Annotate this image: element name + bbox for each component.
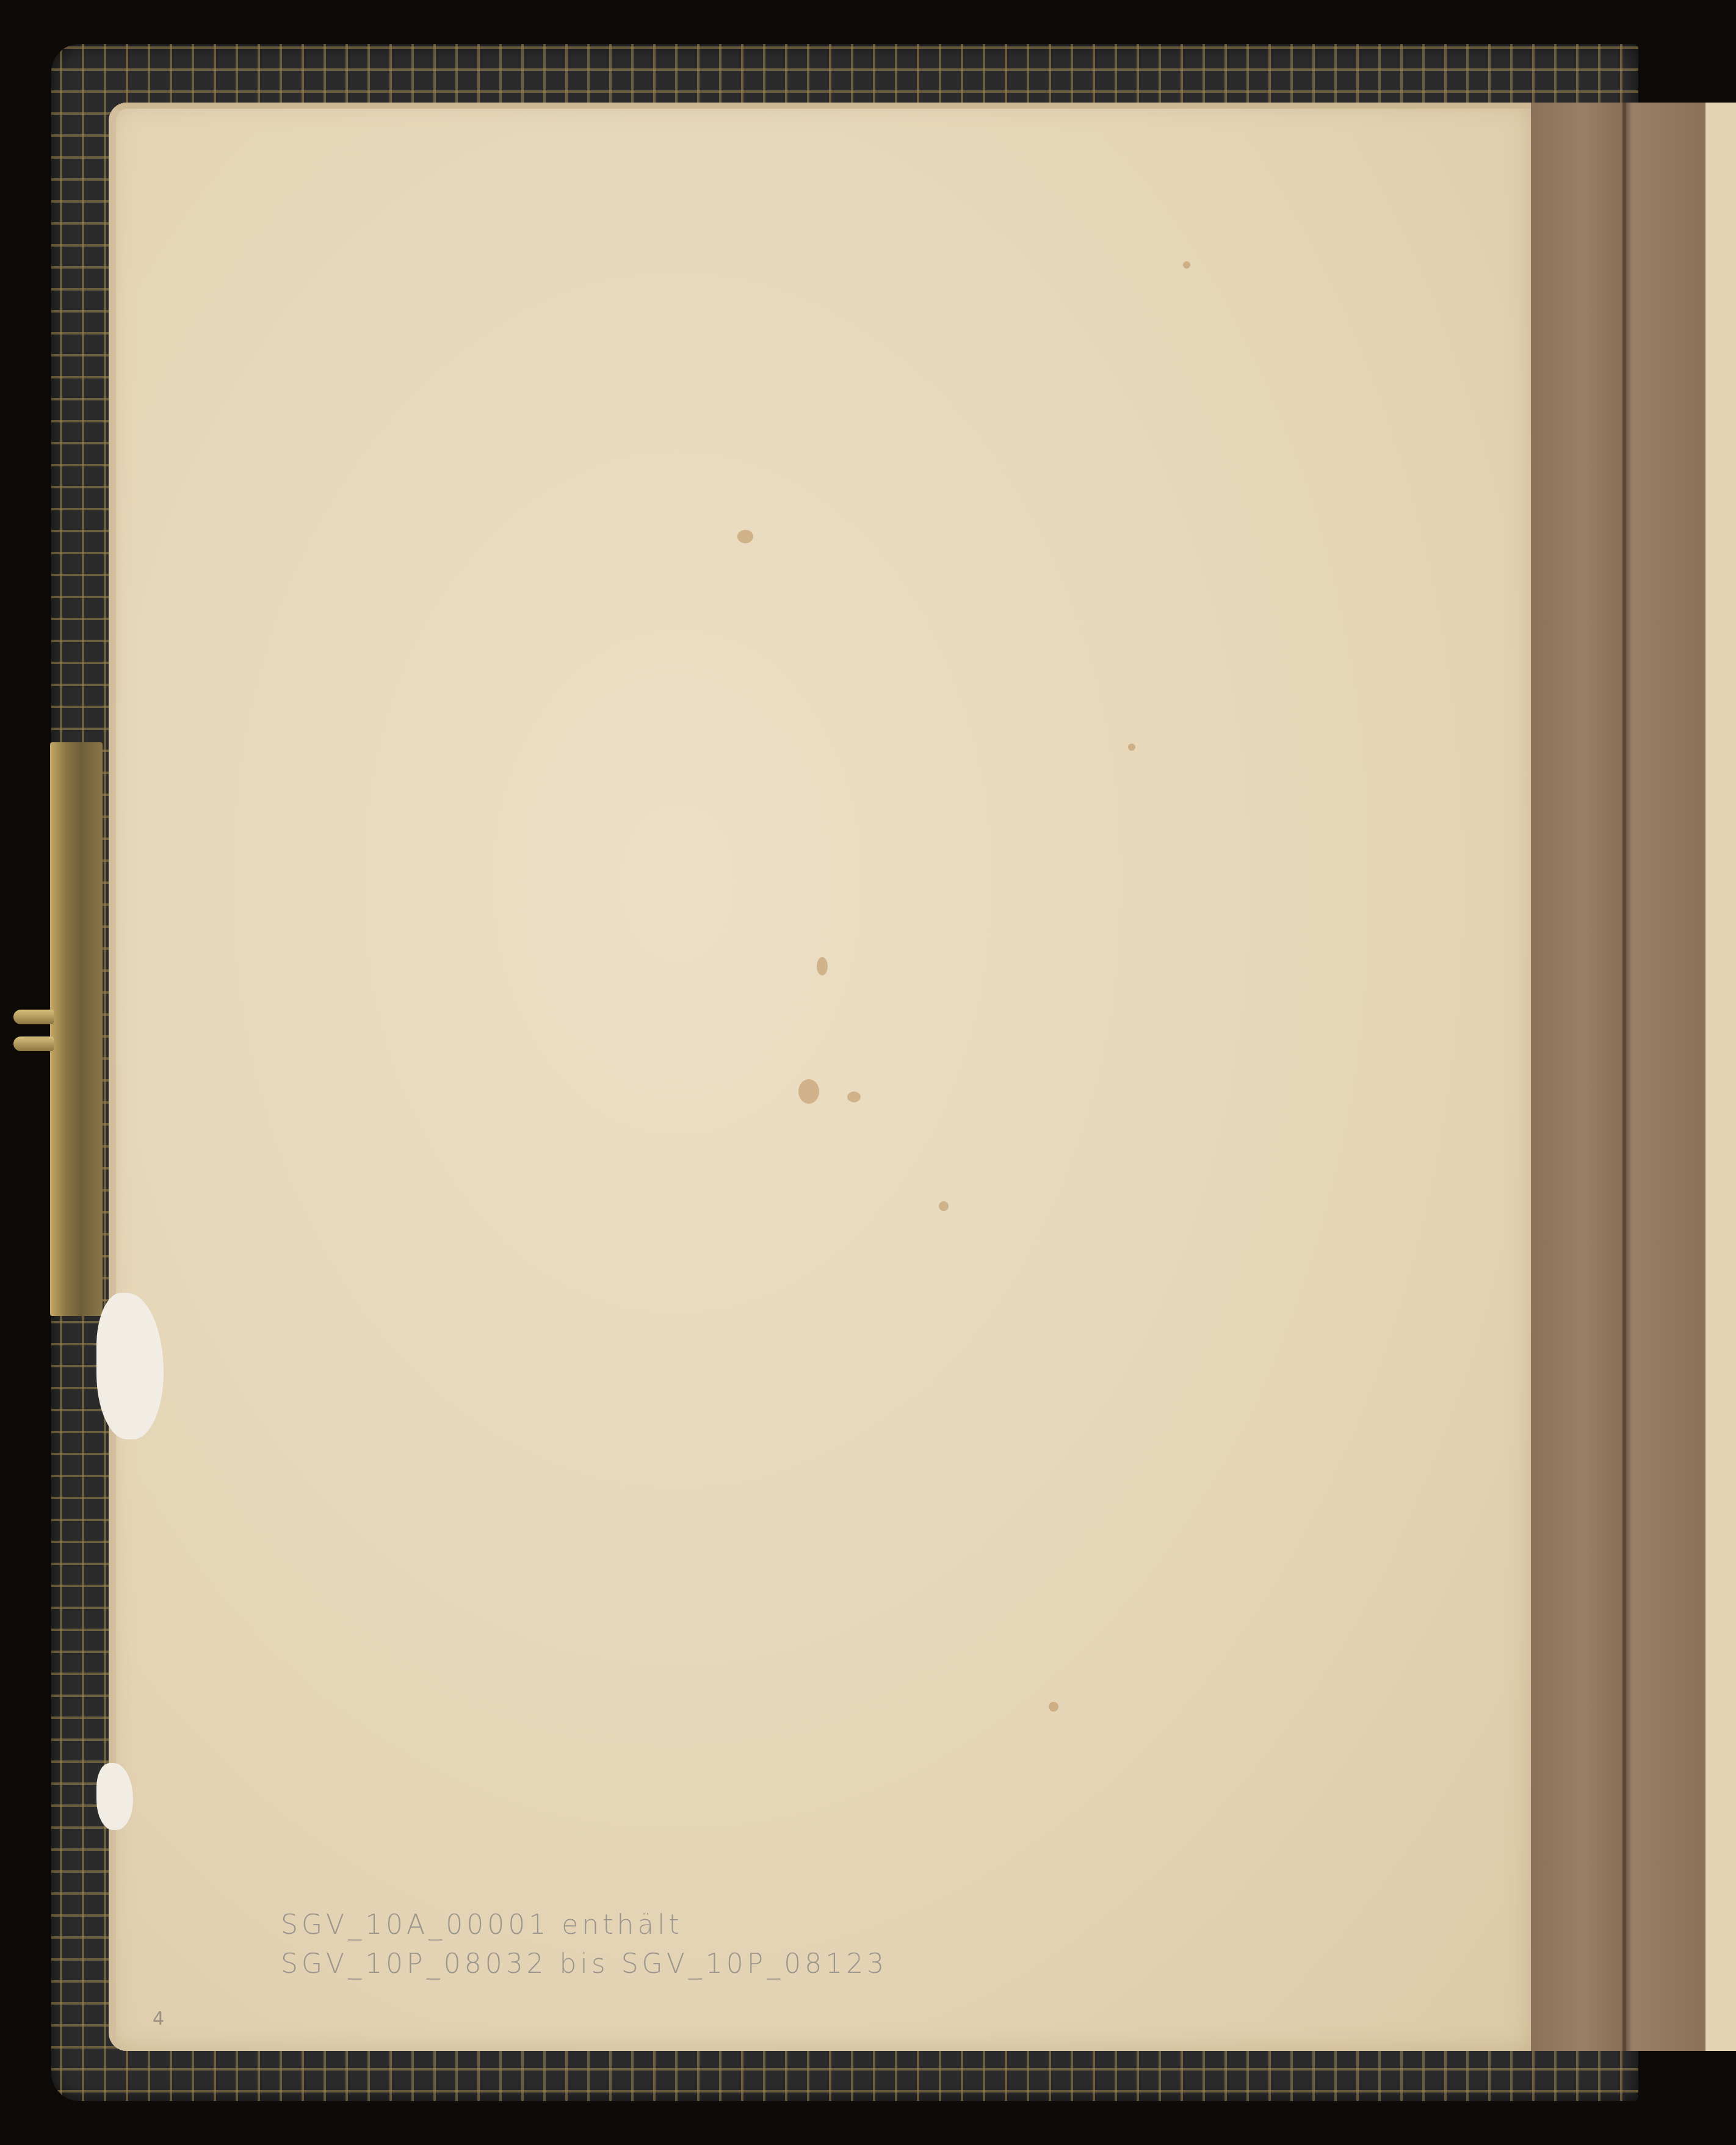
page-edge: [109, 103, 1531, 2051]
foxing-spot: [798, 1079, 819, 1104]
brass-clasp: [50, 742, 103, 1316]
annotation-line-2: SGV_10P_08032 bis SGV_10P_08123: [281, 1947, 888, 1982]
clasp-pin-icon: [13, 1036, 54, 1051]
foxing-spot: [1049, 1702, 1058, 1712]
next-page-edge: [1705, 103, 1736, 2051]
album-page: [109, 103, 1531, 2051]
cloth-hinge: [1531, 103, 1705, 2051]
foxing-spot: [1128, 743, 1135, 751]
foxing-spot: [939, 1201, 949, 1211]
foxing-spot: [817, 957, 828, 975]
clasp-pin-icon: [13, 1010, 54, 1024]
archive-annotation: SGV_10A_00001 enthält SGV_10P_08032 bis …: [281, 1908, 888, 1982]
page-number: 4: [153, 2008, 164, 2030]
foxing-spot: [737, 530, 753, 543]
foxing-spot: [1183, 261, 1190, 269]
hinge-fold: [1622, 103, 1626, 2051]
foxing-spot: [847, 1091, 861, 1102]
annotation-line-1: SGV_10A_00001 enthält: [281, 1908, 888, 1943]
